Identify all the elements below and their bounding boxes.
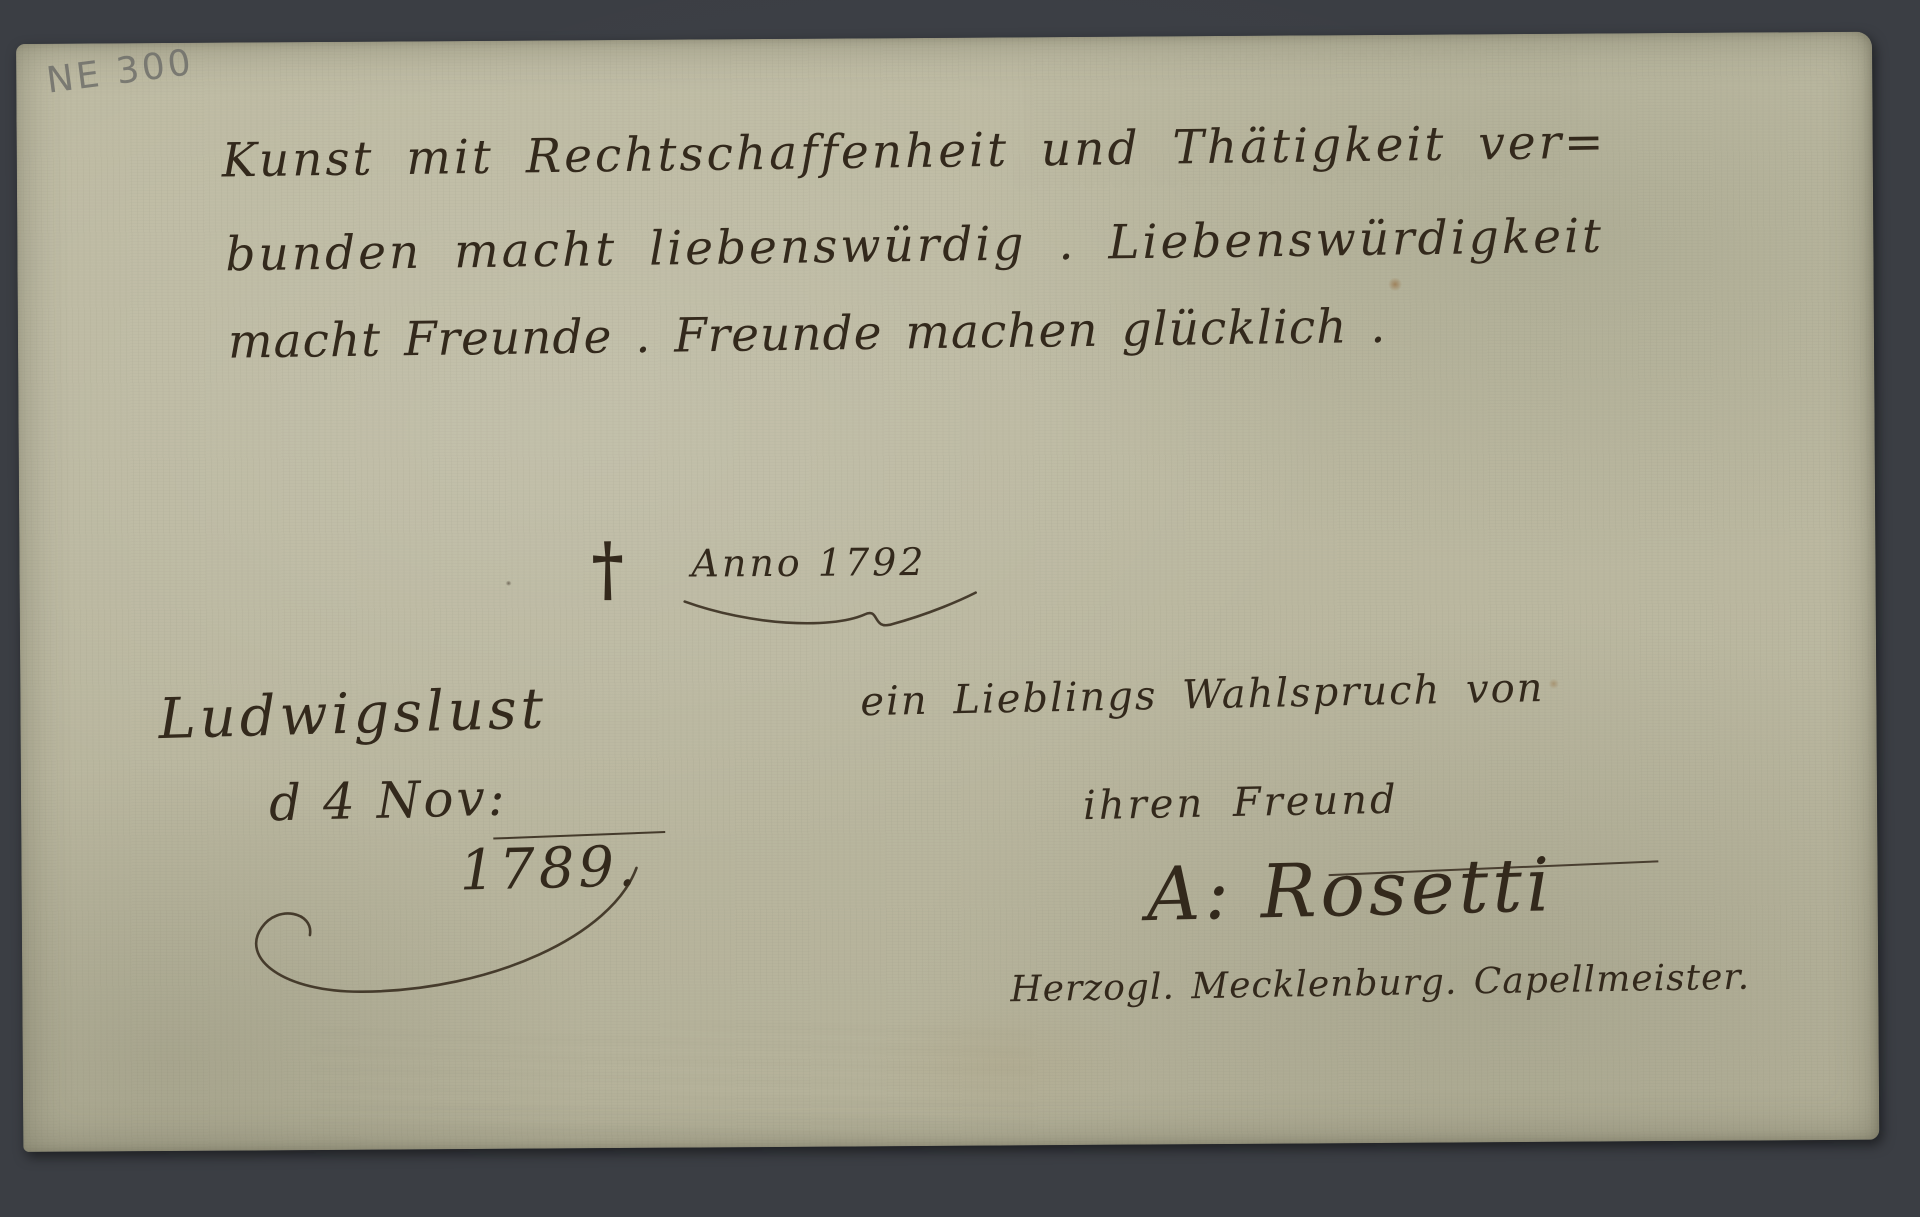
faint-discoloration [862, 997, 1143, 1129]
photo-mount-background: NE 300 Kunst mit Rechtschaffenheit und T… [0, 0, 1920, 1217]
dedication-line-2: ihren Freund [1083, 777, 1399, 829]
motto-line-2: bunden macht liebenswürdig . Liebenswürd… [225, 209, 1604, 283]
ink-speck [506, 581, 512, 586]
anno-underline-flourish [680, 586, 980, 638]
kapellmeister-title-line: Herzogl. Mecklenburg. Capellmeister. [1010, 957, 1750, 1011]
anno-date-label: Anno 1792 [691, 540, 926, 586]
place-name: Ludwigslust [158, 676, 548, 752]
dedication-line-1: ein Lieblings Wahlspruch von [860, 665, 1545, 725]
ink-showthrough-bottom [313, 1022, 1034, 1142]
motto-line-1: Kunst mit Rechtschaffenheit und Thätigke… [221, 115, 1606, 189]
foxing-stain [1388, 278, 1403, 291]
foxing-stain [1548, 679, 1559, 689]
memorial-cross-icon: † [591, 527, 624, 611]
motto-line-3: macht Freunde . Freunde machen glücklich… [228, 299, 1387, 370]
date-year: 1789. [459, 834, 641, 903]
date-day-line: d 4 Nov: [268, 769, 508, 833]
rosetti-signature: A: Rosetti [1146, 842, 1555, 938]
catalog-pencil-mark: NE 300 [44, 42, 196, 102]
manuscript-paper: NE 300 Kunst mit Rechtschaffenheit und T… [16, 32, 1879, 1152]
